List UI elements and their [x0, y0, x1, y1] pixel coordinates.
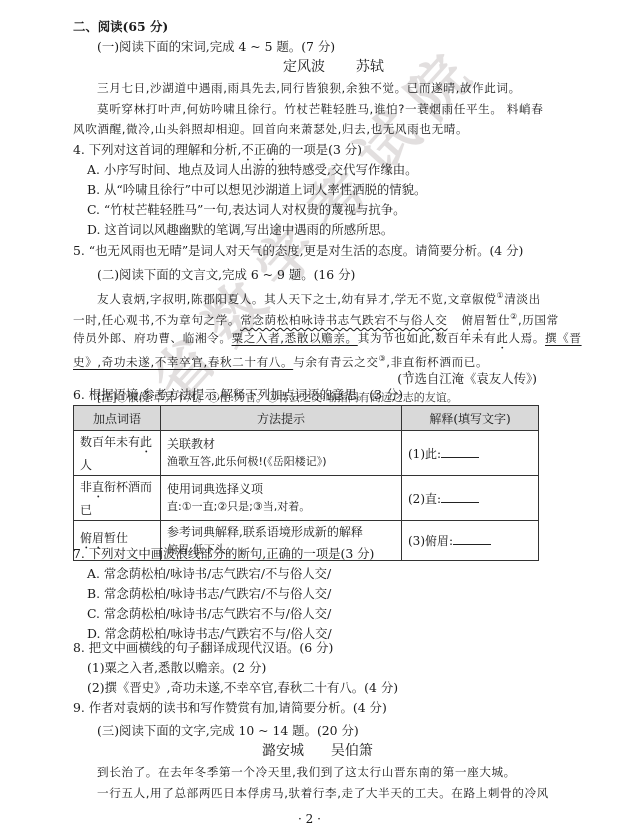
method-cell: 关联教材渔歌互答,此乐何极!(《岳阳楼记》)	[161, 431, 402, 476]
passage-line-1: 友人袁炳,字叔明,陈郡阳夏人。其人天下之士,幼有异才,学无不览,文章俶傥①清淡出	[97, 287, 541, 308]
passage-source: (节选自江淹《袁友人传》)	[397, 370, 537, 388]
q4-option-d: D. 这首词以风趣幽默的笔调,写出途中遇雨的所感所思。	[87, 221, 393, 239]
q4-option-b: B. 从“吟啸且徐行”中可以想见沙湖道上词人率性洒脱的情貌。	[87, 181, 426, 199]
section-heading: 二、阅读(65 分)	[73, 18, 168, 36]
q5-stem: 5. “也无风雨也无晴”是词人对天气的态度,更是对生活的态度。请简要分析。(4 …	[73, 242, 523, 260]
q4-option-a: A. 小序写时间、地点及词人出游的独特感受,交代写作缘由。	[87, 161, 418, 179]
q8-item-2: (2)撰《晋史》,奇功未遂,不幸卒官,春秋二十有八。(4 分)	[87, 679, 398, 697]
table-row: 数百年未有此人 关联教材渔歌互答,此乐何极!(《岳阳楼记》) (1)此:	[74, 431, 539, 476]
table-row: 非直衔杯酒而已 使用词典选择义项直:①一直;②只是;③当,对着。 (2)直:	[74, 476, 539, 521]
col-header-word: 加点词语	[74, 406, 161, 431]
page-number: · 2 ·	[0, 812, 619, 826]
q6-stem: 6. 根据语境,参考方法提示,解释下列加点词语的意思。(3 分)	[73, 386, 403, 404]
part2-intro: (二)阅读下面的文言文,完成 6 ~ 9 题。(16 分)	[97, 266, 355, 284]
col-header-method: 方法提示	[161, 406, 402, 431]
underlined-text: 史》,奇功未遂,不幸卒官,春秋二十有八。	[73, 355, 293, 369]
q4-option-c: C. “竹杖芒鞋轻胜马”一句,表达词人对权贵的蔑视与抗争。	[87, 201, 406, 219]
article-title-line: 潞安城 吴伯箫	[262, 742, 373, 760]
col-header-answer: 解释(填写文字)	[402, 406, 539, 431]
table-header-row: 加点词语 方法提示 解释(填写文字)	[74, 406, 539, 431]
q7-option-b: B. 常念荫松柏/咏诗书志/气跌宕/不与俗人交/	[87, 585, 331, 603]
word-cell: 数百年未有此人	[74, 431, 161, 476]
q7-option-a: A. 常念荫松柏/咏诗书/志气跌宕/不与俗人交/	[87, 565, 331, 583]
underlined-text: 粟之入者,悉散以赡亲。	[232, 331, 358, 345]
word-cell: 非直衔杯酒而已	[74, 476, 161, 521]
q6-table: 加点词语 方法提示 解释(填写文字) 数百年未有此人 关联教材渔歌互答,此乐何极…	[73, 405, 539, 561]
q7-option-c: C. 常念荫松柏/咏诗书/志气跌宕不与/俗人交/	[87, 605, 331, 623]
article-title: 潞安城	[262, 743, 304, 759]
passage-line-3: 侍员外郎、府功曹、临湘令。粟之入者,悉散以赡亲。其为节也如此,数百年未有此人焉。…	[73, 329, 582, 352]
article-para-2: 一行五人,用了总部两匹日本俘虏马,驮着行李,走了大半天的工夫。在路上刺骨的冷风	[97, 784, 549, 802]
answer-cell: (1)此:	[402, 431, 539, 476]
exam-page: 省数学考试院 二、阅读(65 分) (一)阅读下面的宋词,完成 4 ~ 5 题。…	[0, 0, 619, 840]
poem-verse-1: 莫听穿林打叶声,何妨吟啸且徐行。竹杖芒鞋轻胜马,谁怕?一蓑烟雨任平生。 料峭春	[97, 100, 543, 118]
q9-stem: 9. 作者对袁炳的读书和写作赞赏有加,请简要分析。(4 分)	[73, 699, 387, 717]
answer-cell: (2)直:	[402, 476, 539, 521]
poem-verse-2: 风吹酒醒,微冷,山头斜照却相迎。回首向来萧瑟处,归去,也无风雨也无晴。	[73, 120, 468, 138]
poem-title-line: 定风波 苏轼	[283, 58, 384, 76]
answer-blank[interactable]	[441, 445, 479, 458]
article-para-1: 到长治了。在去年冬季第一个冷天里,我们到了这太行山晋东南的第一座大城。	[97, 763, 516, 781]
part1-intro: (一)阅读下面的宋词,完成 4 ~ 5 题。(7 分)	[97, 38, 335, 56]
answer-blank[interactable]	[441, 490, 479, 503]
article-author: 吴伯箫	[331, 743, 373, 759]
poem-author: 苏轼	[356, 59, 384, 75]
poem-preface: 三月七日,沙湖道中遇雨,雨具先去,同行皆狼狈,余独不觉。已而遂晴,故作此词。	[97, 79, 521, 97]
part3-intro: (三)阅读下面的文字,完成 10 ~ 14 题。(20 分)	[97, 722, 359, 740]
q8-item-1: (1)粟之入者,悉散以赡亲。(2 分)	[87, 659, 266, 677]
q7-stem: 7. 下列对文中画波浪线部分的断句,正确的一项是(3 分)	[73, 545, 374, 563]
method-cell: 使用词典选择义项直:①一直;②只是;③当,对着。	[161, 476, 402, 521]
emphasized-text: 不正确	[241, 142, 278, 157]
poem-title: 定风波	[283, 59, 325, 75]
wavy-underlined-text: 常念荫松柏咏诗书志气跌宕不与俗人交	[240, 313, 447, 327]
q8-stem: 8. 把文中画横线的句子翻译成现代汉语。(6 分)	[73, 639, 333, 657]
answer-cell: (3)俯眉:	[402, 521, 539, 561]
answer-blank[interactable]	[453, 532, 491, 545]
